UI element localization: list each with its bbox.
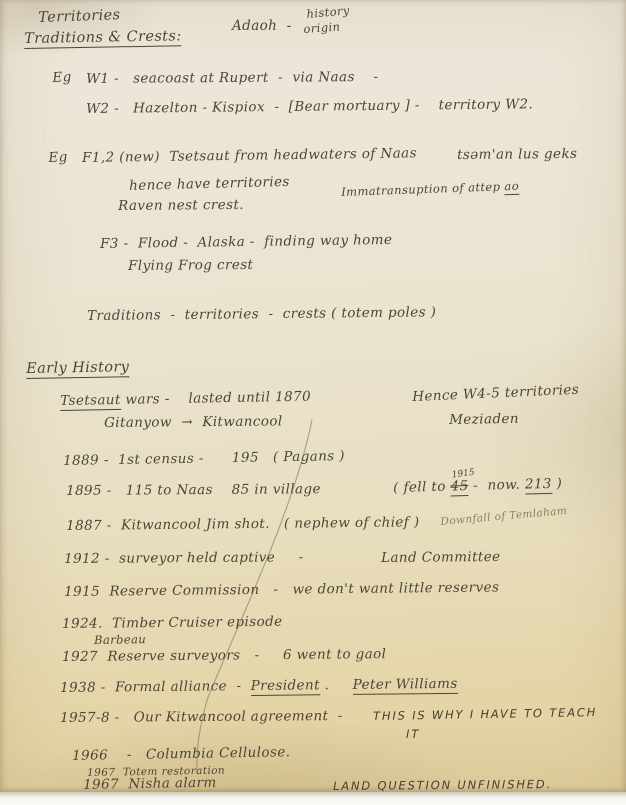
heading-territories: Territories: [38, 7, 121, 27]
line-f12: F1,2 (new) Tsetsaut from headwaters of N…: [82, 146, 417, 166]
text-1915: Reserve Commission - we don't want littl…: [100, 579, 499, 599]
underlined-213: 213: [525, 476, 552, 495]
line-w2: W2 - Hazelton - Kispiox - [Bear mortuary…: [86, 97, 533, 117]
row-1895-paren: ( fell to 191545 - now. 213 ): [393, 477, 562, 497]
paren-open: ( fell to: [393, 478, 451, 495]
line-tsetsaut-wars: Tsetsaut wars - lasted until 1870: [60, 390, 311, 410]
caps-teach: THIS IS WHY I HAVE TO TEACH: [373, 706, 597, 723]
footer-land-question: LAND QUESTION UNFINISHED.: [333, 778, 552, 793]
fell-to-figure: 191545: [450, 479, 468, 495]
year-1889: 1889 -: [63, 452, 109, 469]
row-1957: 1957-8 - Our Kitwancool agreement -: [60, 709, 343, 726]
row-1887: 1887 - Kitwancool Jim shot. ( nephew of …: [66, 515, 420, 534]
adaoh-label: Adaoh -: [232, 19, 292, 35]
year-1915: 1915: [64, 584, 100, 600]
year-1957: 1957-8 -: [60, 710, 120, 726]
text-1927: Reserve surveyors - 6 went to gaol: [98, 646, 386, 665]
row-1924-below: Barbeau: [94, 633, 146, 647]
line-hence-w45: Hence W4-5 territories: [412, 383, 579, 406]
year-1966: 1966: [72, 747, 108, 764]
paren-mid: - now.: [468, 477, 525, 494]
row-1967-nisha: 1967 Nisha alarm: [83, 776, 217, 794]
dash-1938: .: [320, 677, 353, 693]
heading-early-history: Early History: [26, 359, 129, 377]
year-1927: 1927: [62, 649, 98, 665]
adaoh-alt-origin: origin: [303, 20, 341, 36]
early-history-underlined: Early History: [26, 359, 130, 379]
tsetsaut-word: Tsetsaut: [60, 392, 121, 411]
heading-underlined-text: Traditions & Crests:: [24, 28, 182, 49]
year-1912: 1912 -: [64, 551, 110, 567]
margin-note-temlaham: Downfall of Temlaham: [440, 505, 568, 528]
line-gitanyow: Gitanyow → Kitwancool: [104, 414, 283, 431]
text-1889: 1st census - 195 ( Pagans ): [109, 448, 345, 468]
paper: Territories Traditions & Crests: Adaoh -…: [0, 0, 626, 792]
year-1895: 1895 -: [66, 483, 112, 499]
row-1966: 1966 - Columbia Cellulose.: [72, 745, 290, 764]
line-f12-note: tsəm'an lus geks: [457, 147, 577, 164]
row-1912-right: Land Committee: [381, 550, 501, 567]
text-1924: Timber Cruiser episode: [103, 614, 283, 632]
row-1927: 1927 Reserve surveyors - 6 went to gaol: [62, 647, 386, 665]
line-meziaden: Meziaden: [449, 412, 519, 429]
row-1938: 1938 - Formal alliance - President . Pet…: [60, 677, 458, 697]
paren-close: ): [552, 476, 563, 492]
line-hence-territories: hence have territories: [129, 175, 290, 195]
text-1957: Our Kitwancool agreement -: [120, 708, 343, 726]
text-1967b: Nisha alarm: [119, 775, 217, 793]
row-1912: 1912 - surveyor held captive -: [64, 550, 304, 567]
line-flying-frog: Flying Frog crest: [128, 258, 253, 275]
line-transcription: Immatransuption of attep ao: [341, 180, 519, 199]
line-w1: W1 - seacoast at Rupert - via Naas -: [86, 70, 379, 88]
text-1938: Formal alliance -: [106, 678, 251, 696]
year-1967b: 1967: [83, 776, 119, 793]
tsetsaut-rest: wars - lasted until 1870: [121, 389, 311, 408]
president-underlined: President: [251, 677, 320, 696]
text-1895: 115 to Naas 85 in village: [112, 481, 321, 498]
row-1924: 1924. Timber Cruiser episode: [62, 615, 283, 633]
row-1915: 1915 Reserve Commission - we don't want …: [64, 580, 499, 600]
line-summary: Traditions - territories - crests ( tote…: [87, 305, 436, 324]
eg-mark-2: Eg: [48, 150, 68, 167]
row-1889: 1889 - 1st census - 195 ( Pagans ): [63, 449, 345, 469]
peter-williams-underlined: Peter Williams: [353, 676, 458, 695]
transcription-text: Immatransuption of attep: [341, 179, 505, 199]
line-f3: F3 - Flood - Alaska - finding way home: [100, 233, 392, 253]
line-raven-crest: Raven nest crest.: [118, 198, 244, 215]
transcription-underlined: ao: [504, 179, 519, 195]
year-1938: 1938 -: [60, 680, 106, 696]
year-1887: 1887 -: [66, 518, 112, 534]
text-1966: - Columbia Cellulose.: [108, 744, 291, 763]
eg-mark-1: Eg: [52, 70, 72, 87]
scan-bottom-edge: [0, 792, 626, 805]
text-1887: Kitwancool Jim shot. ( nephew of chief ): [112, 514, 420, 533]
year-1924: 1924.: [62, 616, 103, 632]
caps-it: IT: [406, 728, 420, 741]
scan-background: Territories Traditions & Crests: Adaoh -…: [0, 0, 626, 805]
text-1912: surveyor held captive -: [110, 549, 304, 566]
adaoh-alt-history: history: [306, 4, 350, 21]
heading-traditions-crests: Traditions & Crests:: [24, 28, 182, 47]
row-1895: 1895 - 115 to Naas 85 in village: [66, 482, 321, 499]
